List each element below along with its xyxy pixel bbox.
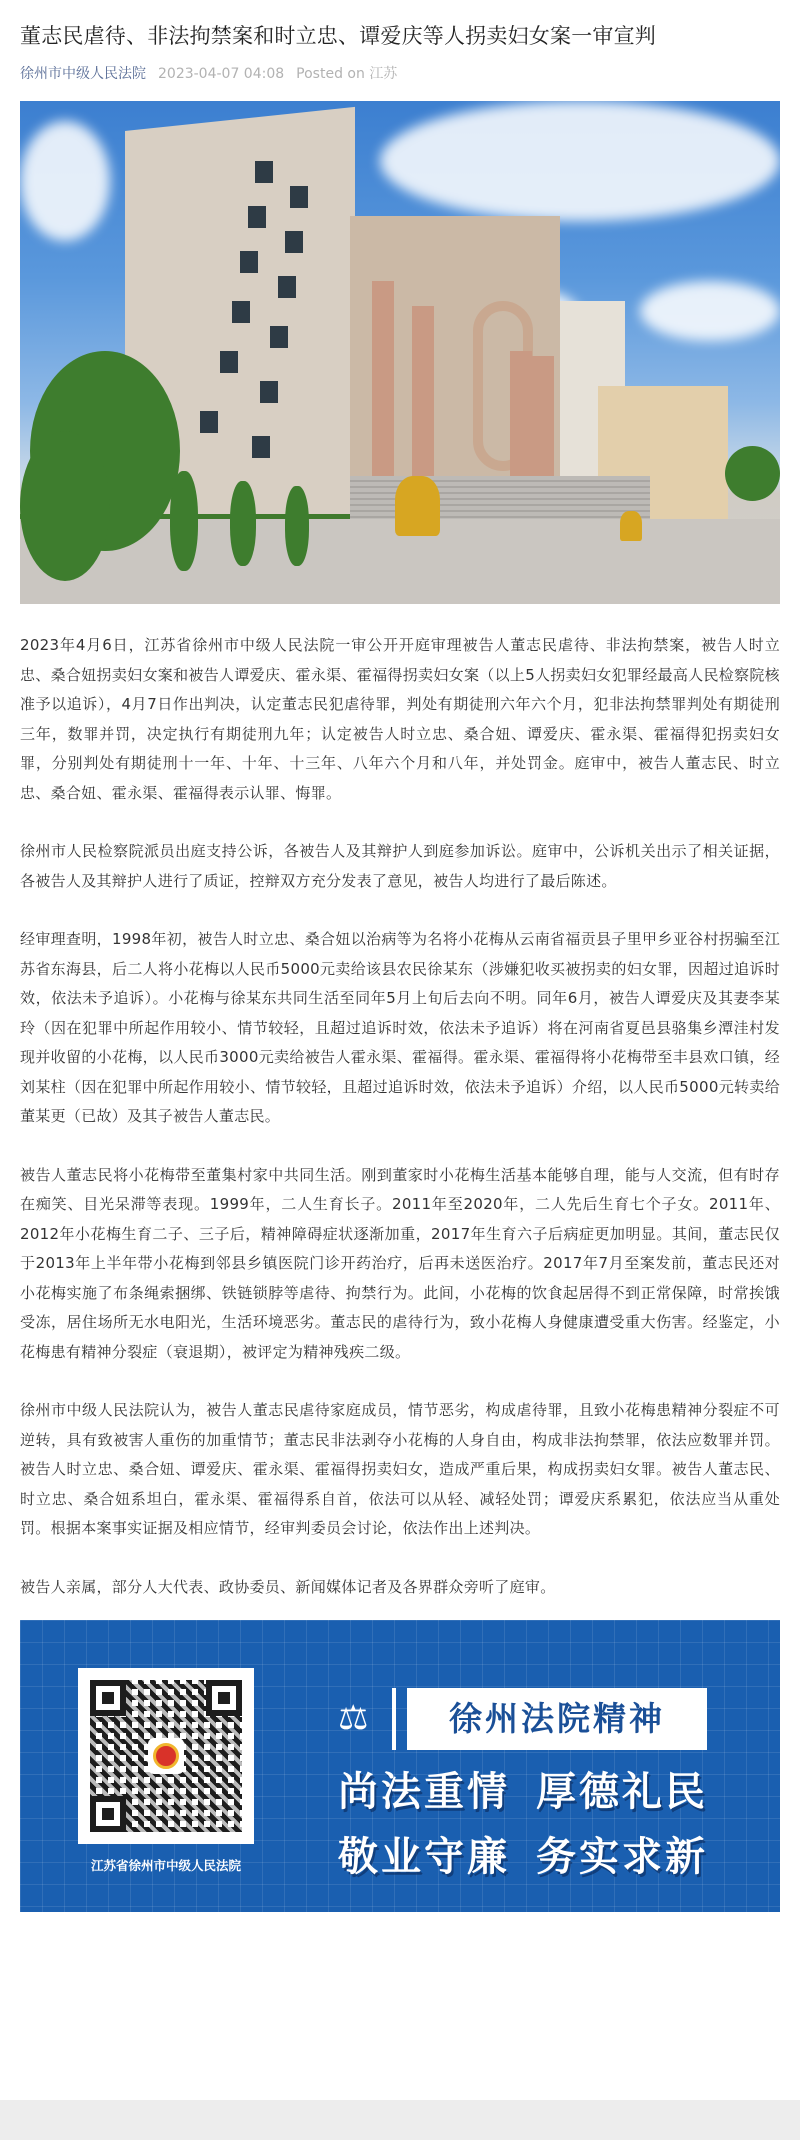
cloud-icon (20, 121, 110, 241)
article-body: 2023年4月6日，江苏省徐州市中级人民法院一审公开开庭审理被告人董志民虐待、非… (20, 631, 780, 1602)
location: 江苏 (369, 66, 397, 82)
window (252, 436, 270, 458)
window (200, 411, 218, 433)
scales-of-justice-icon: ⚖ (338, 1698, 378, 1738)
window (270, 326, 288, 348)
golden-lion-statue (620, 511, 642, 541)
article-container: 董志民虐待、非法拘禁案和时立忠、谭爱庆等人拐卖妇女案一审宣判 徐州市中级人民法院… (0, 0, 800, 1912)
page-footer-area (0, 2100, 800, 2140)
location-group: Posted on 江苏 (296, 63, 397, 85)
cypress-tree (170, 471, 198, 571)
window (260, 381, 278, 403)
tree (20, 431, 110, 581)
paragraph: 被告人亲属，部分人大代表、政协委员、新闻媒体记者及各界群众旁听了庭审。 (20, 1573, 780, 1603)
paragraph: 被告人董志民将小花梅带至董集村家中共同生活。刚到董家时小花梅生活基本能够自理，能… (20, 1161, 780, 1368)
court-spirit-banner[interactable]: 江苏省徐州市中级人民法院 ⚖ 徐州法院精神 尚法重情厚德礼民 敬业守廉务实求新 (20, 1620, 780, 1912)
qr-caption: 江苏省徐州市中级人民法院 (78, 1856, 254, 1874)
divider (392, 1688, 396, 1750)
article-meta: 徐州市中级人民法院 2023-04-07 04:08 Posted on 江苏 (20, 63, 780, 85)
banner-title: 徐州法院精神 (407, 1688, 707, 1750)
article-page: 董志民虐待、非法拘禁案和时立忠、谭爱庆等人拐卖妇女案一审宣判 徐州市中级人民法院… (0, 0, 800, 2140)
window (248, 206, 266, 228)
window (290, 186, 308, 208)
cloud-icon (380, 101, 780, 221)
window (278, 276, 296, 298)
window (220, 351, 238, 373)
window (255, 161, 273, 183)
window (232, 301, 250, 323)
qr-code-pattern (90, 1680, 242, 1832)
cypress-tree (285, 486, 309, 566)
palm-tree (725, 446, 780, 501)
posted-on-label: Posted on (296, 66, 365, 82)
qr-finder-icon (90, 1796, 126, 1832)
window (285, 231, 303, 253)
qr-code[interactable] (78, 1668, 254, 1844)
slogan: 厚德礼民 (536, 1769, 708, 1815)
cypress-tree (230, 481, 256, 566)
slogan-line-1: 尚法重情厚德礼民 (338, 1760, 708, 1817)
publish-date: 2023-04-07 04:08 (158, 63, 284, 85)
court-emblem-icon (148, 1738, 184, 1774)
slogan: 敬业守廉 (338, 1834, 510, 1880)
qr-finder-icon (206, 1680, 242, 1716)
slogan: 尚法重情 (338, 1769, 510, 1815)
paragraph: 2023年4月6日，江苏省徐州市中级人民法院一审公开开庭审理被告人董志民虐待、非… (20, 631, 780, 808)
paragraph: 徐州市中级人民法院认为，被告人董志民虐待家庭成员，情节恶劣，构成虐待罪，且致小花… (20, 1396, 780, 1544)
window (240, 251, 258, 273)
slogan-line-2: 敬业守廉务实求新 (338, 1825, 708, 1882)
golden-lion-statue (395, 476, 440, 536)
author-link[interactable]: 徐州市中级人民法院 (20, 63, 146, 85)
article-title: 董志民虐待、非法拘禁案和时立忠、谭爱庆等人拐卖妇女案一审宣判 (20, 20, 780, 52)
paragraph: 经审理查明，1998年初，被告人时立忠、桑合妞以治病等为名将小花梅从云南省福贡县… (20, 925, 780, 1132)
paragraph: 徐州市人民检察院派员出庭支持公诉，各被告人及其辩护人到庭参加诉讼。庭审中，公诉机… (20, 837, 780, 896)
qr-finder-icon (90, 1680, 126, 1716)
cloud-icon (640, 281, 780, 341)
hero-image[interactable] (20, 101, 780, 604)
slogan: 务实求新 (536, 1834, 708, 1880)
